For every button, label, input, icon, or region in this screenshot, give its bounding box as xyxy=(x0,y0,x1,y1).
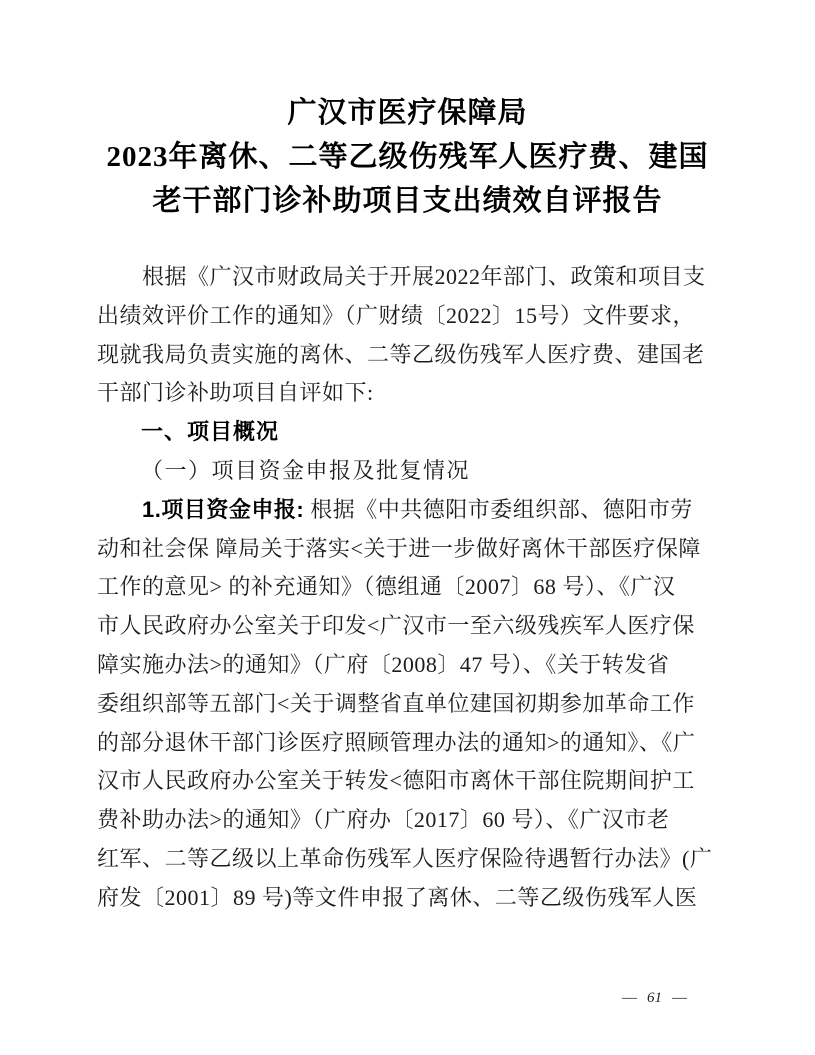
section-heading-project-overview: 一、项目概况 xyxy=(97,413,737,452)
paragraph-intro: 根据《广汉市财政局关于开展2022年部门、政策和项目支 出绩效评价工作的通知》（… xyxy=(97,258,737,413)
paragraph-lead-fund-application: 1.项目资金申报: xyxy=(97,497,304,522)
paragraph-fund-application: 1.项目资金申报: 根据《中共德阳市委组织部、德阳市劳 动和社会保 障局关于落实… xyxy=(97,491,737,918)
subsection-heading-fund-application: （一）项目资金申报及批复情况 xyxy=(97,452,737,491)
document-page: 广汉市医疗保障局 2023年离休、二等乙级伤残军人医疗费、建国 老干部门诊补助项… xyxy=(0,0,815,1055)
page-footer: —61— xyxy=(622,988,687,1008)
document-title: 广汉市医疗保障局 2023年离休、二等乙级伤残军人医疗费、建国 老干部门诊补助项… xyxy=(60,91,755,223)
document-body: 根据《广汉市财政局关于开展2022年部门、政策和项目支 出绩效评价工作的通知》（… xyxy=(97,258,737,918)
paragraph-body-fund-application: 根据《中共德阳市委组织部、德阳市劳 动和社会保 障局关于落实<关于进一步做好离休… xyxy=(97,497,712,910)
page-number: 61 xyxy=(637,990,672,1006)
footer-left-dash: — xyxy=(622,990,637,1006)
footer-right-dash: — xyxy=(672,990,687,1006)
